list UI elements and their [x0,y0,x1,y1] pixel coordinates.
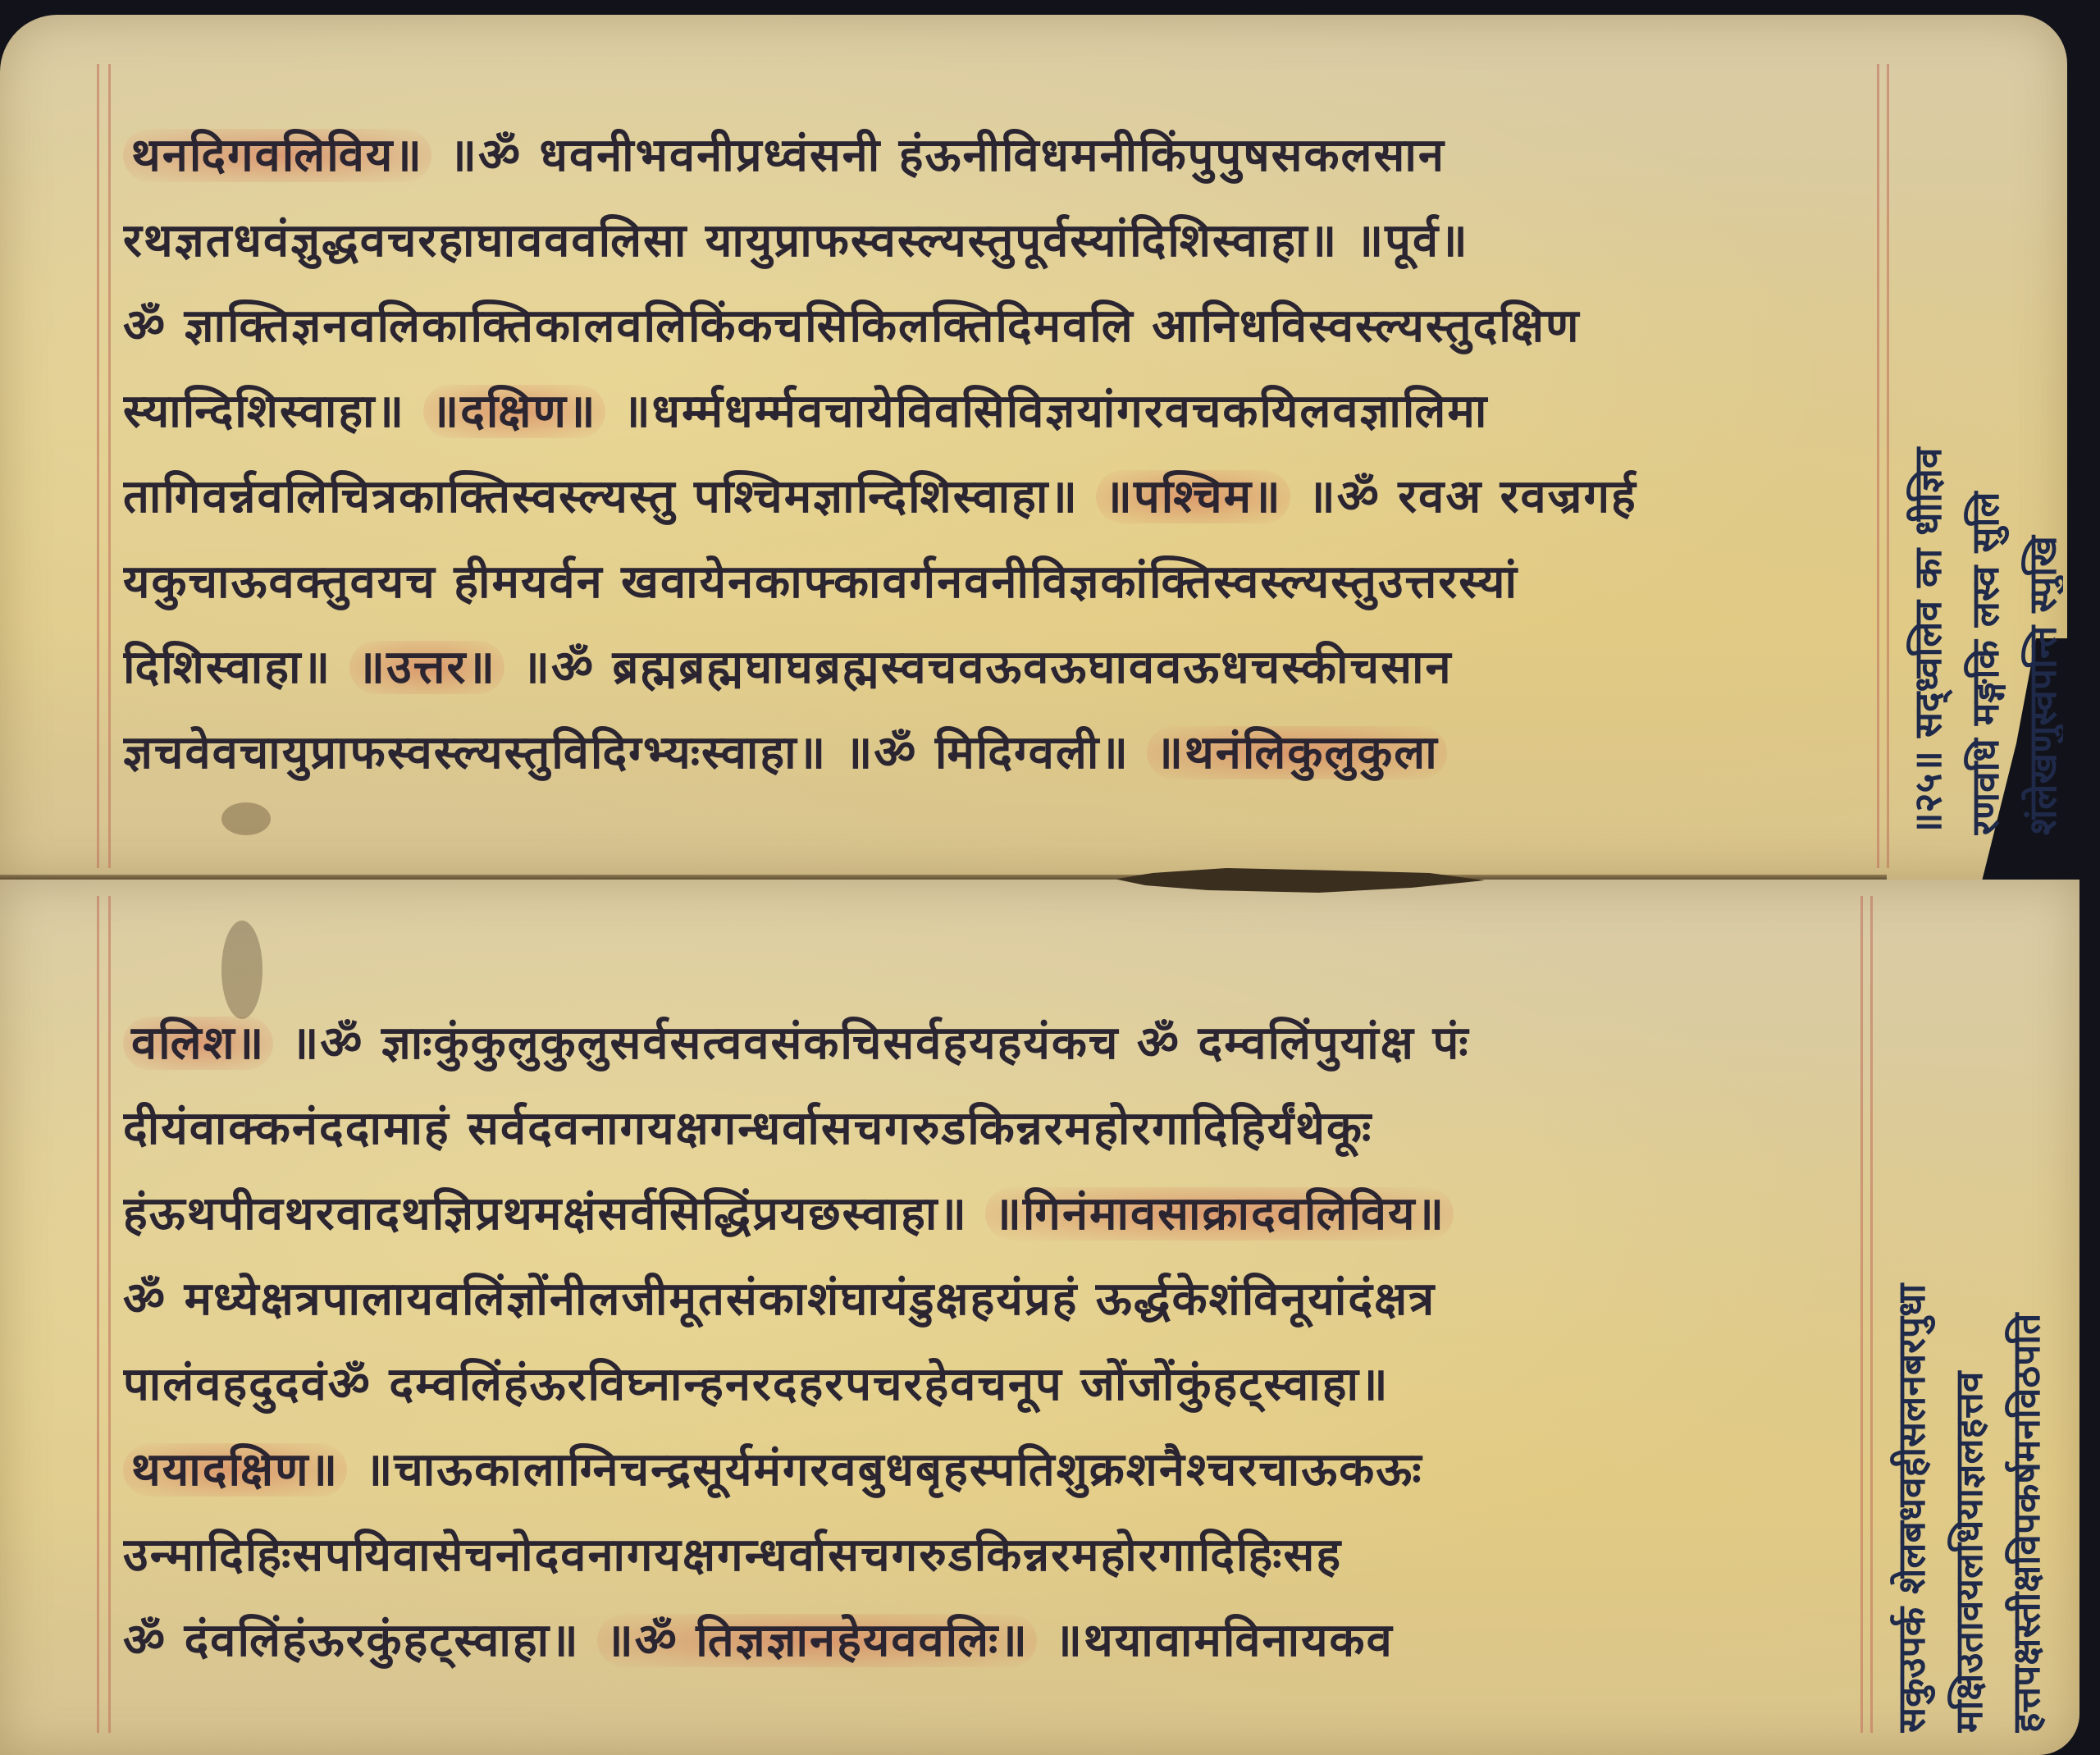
right-margin-rule [1870,896,1873,1733]
top-folio-text: थनदिगवलिविय॥ ॥ॐ धवनीभवनीप्रध्वंसनी हंऊनी… [123,113,1870,796]
text-segment: दीयंवाक्कनंददामाहं सर्वदवनागयक्षगन्धर्वा… [123,1102,1372,1155]
text-segment: ॥ॐ रवअ रवज्रगर्ह [1290,470,1637,523]
manuscript-line: वलिश॥ ॥ॐ ज्ञाःकुंकुलुकुलुसर्वसत्ववसंकचिस… [123,1001,1870,1086]
left-margin-rule [97,64,99,868]
rubric-heading: थयादक्षिण॥ [123,1443,347,1497]
manuscript-line: तागिवर्न्नवलिचित्रकाक्तिस्वस्ल्यस्तु पश्… [123,455,1870,540]
margin-note-line: हत्तपक्षस्तीक्षविपकर्षमनविठपति [1997,929,2055,1733]
manuscript-line: रथज्ञतधवंज्ञुद्धवचरहाघावववलिसा यायुप्राफ… [123,199,1870,284]
margin-note-line: मक्षिउतावयलधियाज्ञलहत्तव [1940,929,1997,1733]
manuscript-line: दिशिस्वाहा॥ ॥उत्तर॥ ॥ॐ ब्रह्मब्रह्मघाघब्… [123,625,1870,711]
rubric-heading: ॥गिनंमावसाक्रादवलिविय॥ [985,1187,1454,1241]
left-margin-rule [108,64,111,868]
margin-note-line: ॥२५॥ सद्ध्वलिव का धीज्ञिव [1899,31,1956,835]
manuscript-line: ॐ मध्येक्षत्रपालायवलिंज्ञोंनीलजीमूतसंकाश… [123,1257,1870,1342]
text-segment: दिशिस्वाहा॥ [123,641,349,694]
text-segment: ॥थयावामविनायकव [1037,1614,1394,1667]
text-segment: ॥चाऊकालाग्निचन्द्रसूर्यमंगरवबुधबृहस्पतिश… [347,1443,1422,1497]
manuscript-line: हंऊथपीवथरवादथज्ञिप्रथमक्षंसर्वसिद्धिंप्र… [123,1172,1870,1257]
rubric-heading: थनदिगवलिविय॥ [123,129,431,182]
bottom-margin-note: सकुउपर्क शेलबधवहीसलनबरपुधा मक्षिउतावयलधि… [1883,929,2055,1733]
rubric-heading: ॥ॐ तिज्ञज्ञानहेयववलिः॥ [597,1614,1037,1667]
top-folio: थनदिगवलिविय॥ ॥ॐ धवनीभवनीप्रध्वंसनी हंऊनी… [0,15,2067,880]
rubric-heading: वलिश॥ [123,1017,273,1070]
text-segment: ॐ दंवलिंहंऊरकुंहट्स्वाहा॥ [123,1614,597,1667]
right-margin-rule [1877,64,1879,868]
left-margin-rule [97,896,99,1733]
rubric-heading: ॥दक्षिण॥ [423,385,605,438]
manuscript-line: दीयंवाक्कनंददामाहं सर्वदवनागयक्षगन्धर्वा… [123,1086,1870,1172]
text-segment: ज्ञचवेवचायुप्राफस्वस्ल्यस्तुविदिग्भ्यःस्… [123,726,1147,779]
rubric-heading: ॥थनंलिकुलुकुला [1147,726,1446,779]
manuscript-line: उन्मादिहिःसपयिवासेचनोदवनागयक्षगन्धर्वासच… [123,1513,1870,1598]
left-margin-rule [108,896,111,1733]
ink-stain [221,802,271,835]
text-segment: हंऊथपीवथरवादथज्ञिप्रथमक्षंसर्वसिद्धिंप्र… [123,1187,985,1241]
manuscript-line: यकुचाऊवक्तुवयच हीमयर्वन खवायेनकाफ्कावर्ग… [123,540,1870,625]
text-segment: ॥धर्म्मधर्म्मवचायेविवसिविज्ञयांगरवचकयिलव… [605,385,1489,438]
manuscript-line: ज्ञचवेवचायुप्राफस्वस्ल्यस्तुविदिग्भ्यःस्… [123,711,1870,796]
text-segment: स्यान्दिशिस्वाहा॥ [123,385,423,438]
text-segment: ॥ॐ धवनीभवनीप्रध्वंसनी हंऊनीविधमनीकिंपुपु… [431,129,1445,182]
manuscript-line: थयादक्षिण॥ ॥चाऊकालाग्निचन्द्रसूर्यमंगरवब… [123,1428,1870,1513]
text-segment: यकुचाऊवक्तुवयच हीमयर्वन खवायेनकाफ्कावर्ग… [123,555,1518,609]
text-segment: रथज्ञतधवंज्ञुद्धवचरहाघावववलिसा यायुप्राफ… [123,214,1469,267]
text-segment: ॥ॐ ब्रह्मब्रह्मघाघब्रह्मस्वचवऊवऊघाववऊधचस… [504,641,1453,694]
text-segment: पालंवहदुदवंॐ दम्वलिंहंऊरविघ्नान्हनरदहरपच… [123,1358,1390,1411]
manuscript-line: स्यान्दिशिस्वाहा॥ ॥दक्षिण॥ ॥धर्म्मधर्म्म… [123,369,1870,455]
rubric-heading: ॥पश्चिम॥ [1096,470,1290,523]
manuscript-line: ॐ ज्ञाक्तिज्ञनवलिकाक्तिकालवलिकिंकचसिकिलक… [123,284,1870,369]
top-margin-note: ॥२५॥ सद्ध्वलिव का धीज्ञिव रणवधि मङ्गकि ल… [1899,31,2063,835]
text-segment: उन्मादिहिःसपयिवासेचनोदवनागयक्षगन्धर्वासच… [123,1529,1342,1582]
right-margin-rule [1887,64,1889,868]
text-segment: ॥ॐ ज्ञाःकुंकुलुकुलुसर्वसत्ववसंकचिसर्वहयह… [273,1017,1469,1070]
text-segment: ॐ मध्येक्षत्रपालायवलिंज्ञोंनीलजीमूतसंकाश… [123,1273,1436,1326]
text-segment: ॐ ज्ञाक्तिज्ञनवलिकाक्तिकालवलिकिंकचसिकिलक… [123,299,1580,353]
manuscript-line: थनदिगवलिविय॥ ॥ॐ धवनीभवनीप्रध्वंसनी हंऊनी… [123,113,1870,199]
text-segment: तागिवर्न्नवलिचित्रकाक्तिस्वस्ल्यस्तु पश्… [123,470,1096,523]
rubric-heading: ॥उत्तर॥ [349,641,504,694]
bottom-folio: वलिश॥ ॥ॐ ज्ञाःकुंकुलुकुलुसर्वसत्ववसंकचिस… [0,880,2079,1755]
margin-note-line: सकुउपर्क शेलबधवहीसलनबरपुधा [1883,929,1940,1733]
manuscript-line: पालंवहदुदवंॐ दम्वलिंहंऊरविघ्नान्हनरदहरपच… [123,1342,1870,1428]
margin-note-line: रणवधि मङ्गकि लस्व सुलि [1956,31,2014,835]
margin-note-line: शंलेखणुस्वपन्ति स्पुखि [2014,31,2063,835]
manuscript-line: ॐ दंवलिंहंऊरकुंहट्स्वाहा॥ ॥ॐ तिज्ञज्ञानह… [123,1598,1870,1684]
ink-stain [221,921,262,1019]
bottom-folio-text: वलिश॥ ॥ॐ ज्ञाःकुंकुलुकुलुसर्वसत्ववसंकचिस… [123,1001,1870,1684]
